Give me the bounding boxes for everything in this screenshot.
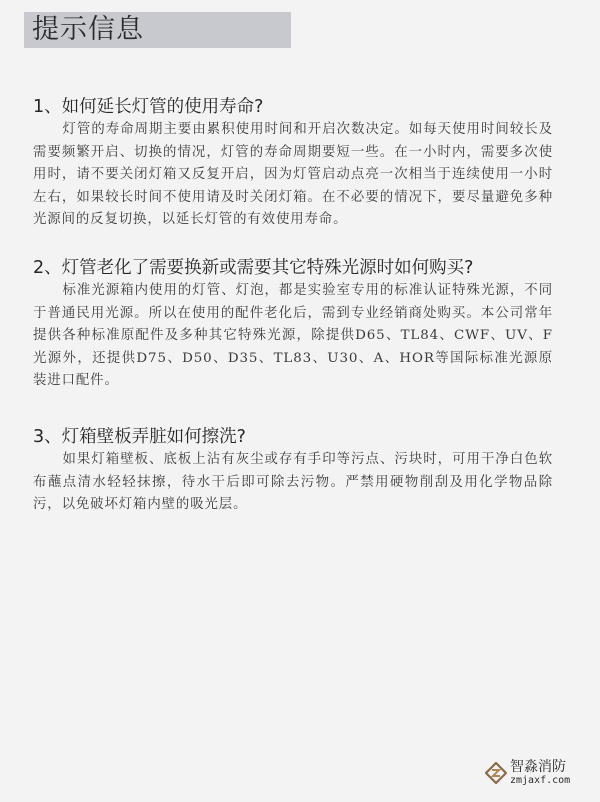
watermark-url: zmjaxf.com (510, 776, 570, 786)
faq-question: 3、灯箱壁板弄脏如何擦洗? (33, 425, 553, 449)
title-bar: 提示信息 (24, 12, 291, 48)
faq-question: 1、如何延长灯管的使用寿命? (33, 95, 553, 119)
diamond-logo-icon (485, 762, 507, 784)
watermark-name: 智淼消防 (510, 760, 570, 774)
faq-answer: 如果灯箱壁板、底板上沾有灰尘或存有手印等污点、污块时，可用干净白色软布蘸点清水轻… (33, 449, 553, 517)
faq-section-1: 1、如何延长灯管的使用寿命? 灯管的寿命周期主要由累积使用时间和开启次数决定。如… (33, 95, 553, 232)
faq-question: 2、灯管老化了需要换新或需要其它特殊光源时如何购买? (33, 256, 553, 280)
faq-section-3: 3、灯箱壁板弄脏如何擦洗? 如果灯箱壁板、底板上沾有灰尘或存有手印等污点、污块时… (33, 425, 553, 517)
faq-section-2: 2、灯管老化了需要换新或需要其它特殊光源时如何购买? 标准光源箱内使用的灯管、灯… (33, 256, 553, 393)
faq-answer: 灯管的寿命周期主要由累积使用时间和开启次数决定。如每天使用时间较长及需要频繁开启… (33, 119, 553, 232)
faq-answer: 标准光源箱内使用的灯管、灯泡，都是实验室专用的标准认证特殊光源，不同于普通民用光… (33, 280, 553, 393)
page-title: 提示信息 (32, 14, 144, 45)
watermark: 智淼消防 zmjaxf.com (485, 760, 570, 786)
